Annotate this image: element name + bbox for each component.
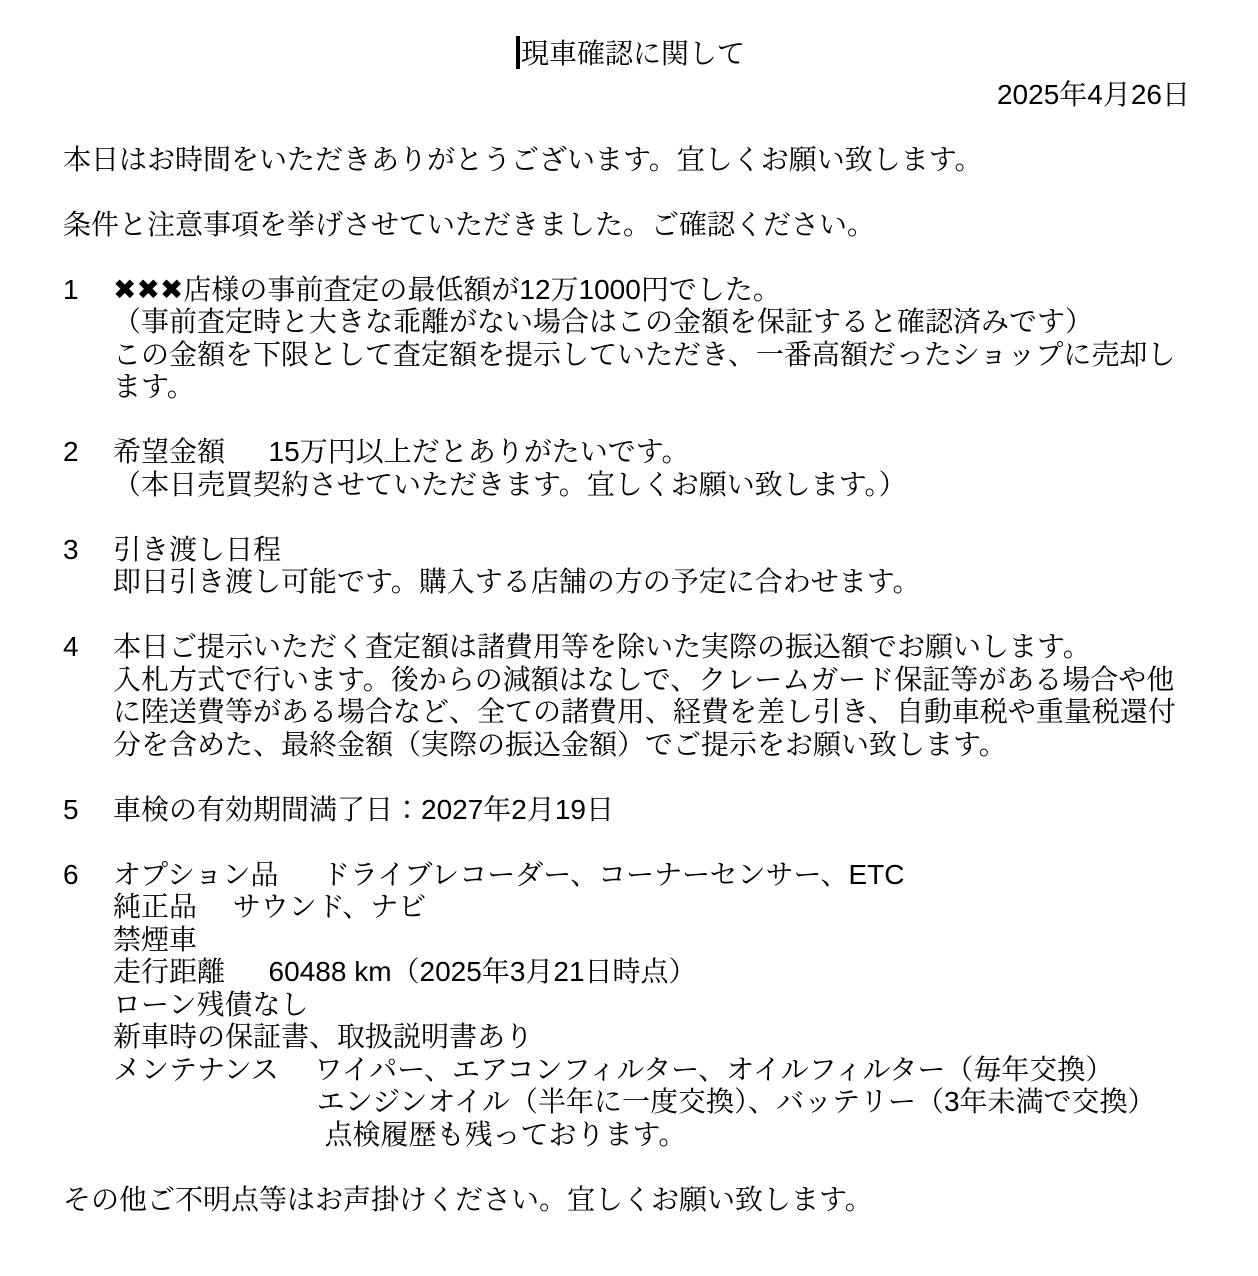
list-item-2: 2 希望金額 15万円以上だとありがたいです。 （本日売買契約させていただきます… bbox=[63, 436, 1198, 501]
item-text-line[interactable]: 分を含めた、最終金額（実際の振込金額）でご提示をお願い致します。 bbox=[113, 729, 1198, 762]
item-number: 3 bbox=[63, 534, 79, 567]
list-item-4: 4 本日ご提示いただく査定額は諸費用等を除いた実際の振込額でお願いします。 入札… bbox=[63, 631, 1198, 761]
item-text-line[interactable]: メンテナンス ワイパー、エアコンフィルター、オイルフィルター（毎年交換） bbox=[113, 1054, 1198, 1087]
item-text-line[interactable]: 引き渡し日程 bbox=[113, 534, 1198, 567]
item-text-line[interactable]: 入札方式で行います。後からの減額はなしで、クレームガード保証等がある場合や他 bbox=[113, 664, 1198, 697]
intro-line-1[interactable]: 本日はお時間をいただきありがとうございます。宜しくお願い致します。 bbox=[63, 144, 1198, 177]
item-text-line[interactable]: に陸送費等がある場合など、全ての諸費用、経費を差し引き、自動車税や重量税還付 bbox=[113, 696, 1198, 729]
item-text: 店様の事前査定の最低額が12万1000円でした。 bbox=[183, 274, 780, 305]
text-caret bbox=[516, 36, 520, 69]
document-date[interactable]: 2025年4月26日 bbox=[997, 79, 1190, 110]
blank-line bbox=[63, 501, 1198, 534]
item-text-line[interactable]: 希望金額 15万円以上だとありがたいです。 bbox=[113, 436, 1198, 469]
title-row: 現車確認に関して bbox=[63, 36, 1198, 71]
closing-line[interactable]: その他ご不明点等はお声掛けください。宜しくお願い致します。 bbox=[63, 1184, 1198, 1217]
censored-shop-name: ✖✖✖ bbox=[113, 274, 183, 305]
item-text-line[interactable]: （本日売買契約させていただきます。宜しくお願い致します。） bbox=[113, 469, 1198, 502]
item-text-line[interactable]: ます。 bbox=[113, 371, 1198, 404]
document-title[interactable]: 現車確認に関して bbox=[521, 38, 745, 69]
blank-line bbox=[63, 111, 1198, 144]
item-text-line[interactable]: エンジンオイル（半年に一度交換）、バッテリー（3年未満で交換） bbox=[113, 1086, 1198, 1119]
item-text-line[interactable]: 純正品 サウンド、ナビ bbox=[113, 891, 1198, 924]
blank-line bbox=[63, 761, 1198, 794]
item-text-line[interactable]: 車検の有効期間満了日：2027年2月19日 bbox=[113, 794, 1198, 827]
blank-line bbox=[63, 826, 1198, 859]
item-number: 4 bbox=[63, 631, 79, 664]
item-text-line[interactable]: この金額を下限として査定額を提示していただき、一番高額だったショップに売却し bbox=[113, 339, 1198, 372]
item-text-line[interactable]: ローン残債なし bbox=[113, 989, 1198, 1022]
item-text-line[interactable]: 新車時の保証書、取扱説明書あり bbox=[113, 1021, 1198, 1054]
blank-line bbox=[63, 1151, 1198, 1184]
document-page[interactable]: 現車確認に関して 2025年4月26日 本日はお時間をいただきありがとうございま… bbox=[0, 0, 1258, 1276]
item-text-line[interactable]: 禁煙車 bbox=[113, 924, 1198, 957]
item-text-line[interactable]: 点検履歴も残っております。 bbox=[113, 1119, 1198, 1152]
item-text-line[interactable]: 即日引き渡し可能です。購入する店舗の方の予定に合わせます。 bbox=[113, 566, 1198, 599]
intro-line-2[interactable]: 条件と注意事項を挙げさせていただきました。ご確認ください。 bbox=[63, 209, 1198, 242]
item-text-line[interactable]: 本日ご提示いただく査定額は諸費用等を除いた実際の振込額でお願いします。 bbox=[113, 631, 1198, 664]
item-number: 2 bbox=[63, 436, 79, 469]
blank-line bbox=[63, 241, 1198, 274]
blank-line bbox=[63, 599, 1198, 632]
item-number: 5 bbox=[63, 794, 79, 827]
list-item-6: 6 オプション品 ドライブレコーダー、コーナーセンサー、ETC 純正品 サウンド… bbox=[63, 859, 1198, 1152]
list-item-1: 1 ✖✖✖店様の事前査定の最低額が12万1000円でした。 （事前査定時と大きな… bbox=[63, 274, 1198, 404]
item-number: 1 bbox=[63, 274, 79, 307]
item-text-line[interactable]: （事前査定時と大きな乖離がない場合はこの金額を保証すると確認済みです） bbox=[113, 306, 1198, 339]
item-text-line[interactable]: オプション品 ドライブレコーダー、コーナーセンサー、ETC bbox=[113, 859, 1198, 892]
blank-line bbox=[63, 404, 1198, 437]
list-item-5: 5 車検の有効期間満了日：2027年2月19日 bbox=[63, 794, 1198, 827]
blank-line bbox=[63, 176, 1198, 209]
item-text-line[interactable]: ✖✖✖店様の事前査定の最低額が12万1000円でした。 bbox=[113, 274, 1198, 307]
item-number: 6 bbox=[63, 859, 79, 892]
date-row: 2025年4月26日 bbox=[63, 79, 1198, 112]
item-text-line[interactable]: 走行距離 60488 km（2025年3月21日時点） bbox=[113, 956, 1198, 989]
list-item-3: 3 引き渡し日程 即日引き渡し可能です。購入する店舗の方の予定に合わせます。 bbox=[63, 534, 1198, 599]
